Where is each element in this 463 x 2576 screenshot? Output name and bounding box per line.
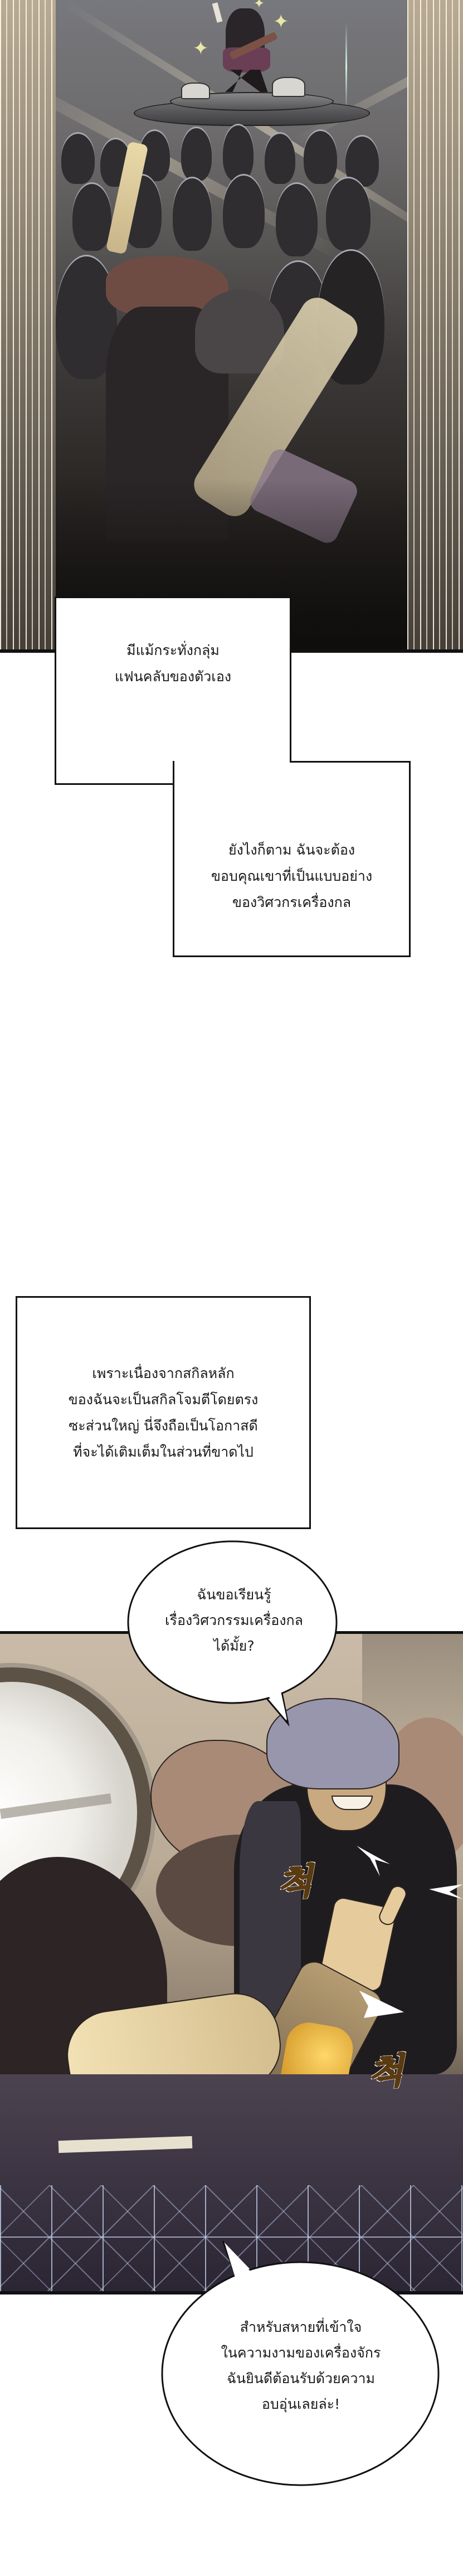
performer-legs <box>220 70 270 92</box>
caption-text: เพราะเนื่องจากสกิลหลัก ของฉันจะเป็นสกิลโ… <box>69 1360 259 1465</box>
bubble-text-ask: ฉันขอเรียนรู้ เรื่องวิศวกรรมเครื่องกล ได… <box>139 1582 329 1659</box>
crowd-member <box>173 178 212 251</box>
crowd-member <box>61 134 95 184</box>
caption-join <box>174 759 290 764</box>
caption-text: ยังไงก็ตาม ฉันจะต้อง ขอบคุณเขาที่เป็นแบบ… <box>211 837 372 915</box>
performer <box>215 3 276 92</box>
sparkle-icon: ✦ <box>193 39 209 58</box>
crowd-member <box>304 131 337 184</box>
crowd-member <box>265 134 295 184</box>
crowd-member <box>223 125 254 181</box>
panel-concert: ✦ ✦ ✦ <box>0 0 463 653</box>
crowd-member <box>181 128 212 181</box>
speaker-right <box>272 77 305 97</box>
crowd <box>56 123 407 649</box>
caption-box-thanks: ยังไงก็ตาม ฉันจะต้อง ขอบคุณเขาที่เป็นแบบ… <box>173 761 411 957</box>
light-stripes-right <box>407 0 463 649</box>
caption-text: มีแม้กระทั่งกลุ่ม แฟนคลับของตัวเอง <box>115 637 231 690</box>
raised-hand <box>212 2 223 22</box>
crowd-member <box>326 178 371 251</box>
sparkle-icon: ✦ <box>254 0 265 10</box>
vertical-light-ray <box>345 22 347 111</box>
speaker-left <box>181 83 210 99</box>
light-stripes-left <box>0 0 56 649</box>
crowd-member <box>223 176 265 248</box>
crowd-member <box>276 184 318 256</box>
crowd-member <box>72 184 111 251</box>
bubble-text-welcome: สำหรับสหายที่เข้าใจ ในความงามของเครื่องจ… <box>184 2315 418 2417</box>
sparkle-icon: ✦ <box>273 12 289 31</box>
caption-box-fanclub: มีแม้กระทั่งกลุ่ม แฟนคลับของตัวเอง <box>55 596 291 785</box>
caption-box-reason: เพราะเนื่องจากสกิลหลัก ของฉันจะเป็นสกิลโ… <box>16 1296 311 1529</box>
